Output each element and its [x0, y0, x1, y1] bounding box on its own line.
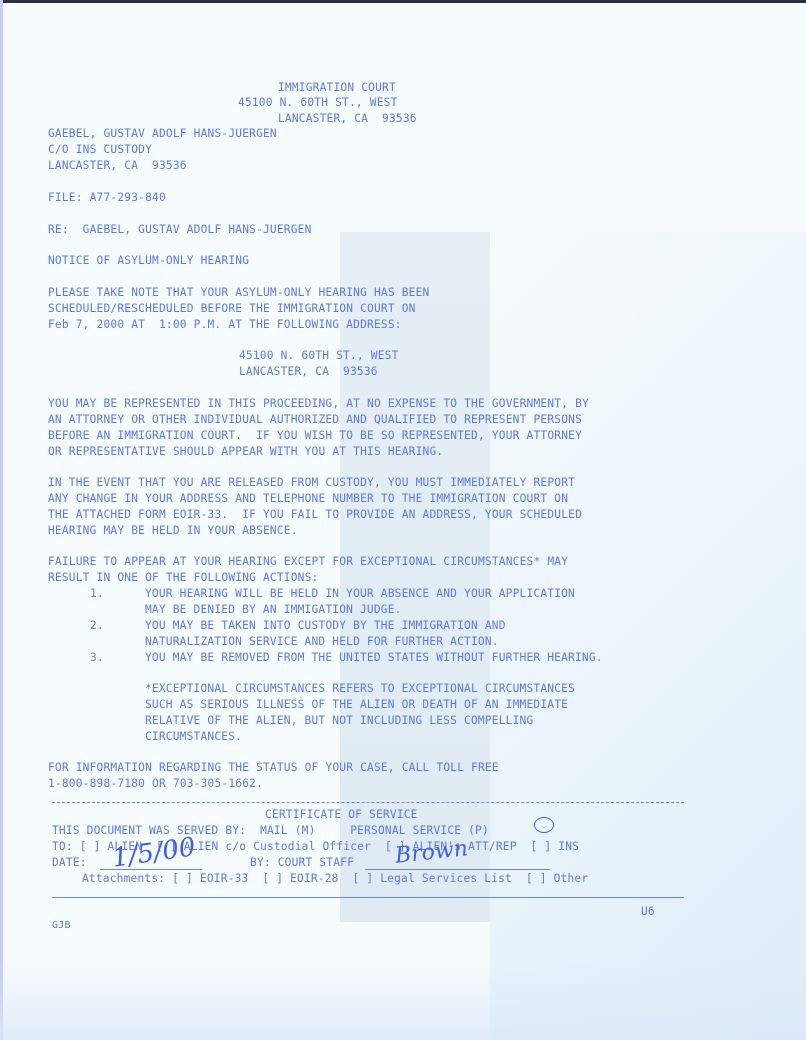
represent-line: OR REPRESENTATIVE SHOULD APPEAR WITH YOU… — [48, 444, 443, 460]
custody-line: HEARING MAY BE HELD IN YOUR ABSENCE. — [48, 523, 298, 539]
action-text: YOU MAY BE TAKEN INTO CUSTODY BY THE IMM… — [145, 618, 506, 634]
re-line: RE: GAEBEL, GUSTAV ADOLF HANS-JUERGEN — [48, 222, 312, 238]
addressee-city: LANCASTER, CA 93536 — [48, 158, 187, 174]
footnote-line: *EXCEPTIONAL CIRCUMSTANCES REFERS TO EXC… — [145, 681, 575, 697]
file-number: FILE: A77-293-840 — [48, 190, 166, 206]
certificate-bottom-rule — [52, 897, 684, 899]
certificate-date-label: DATE: — [52, 855, 87, 871]
action-text: YOUR HEARING WILL BE HELD IN YOUR ABSENC… — [145, 586, 575, 602]
certificate-attachments: Attachments: [ ] EOIR-33 [ ] EOIR-28 [ ]… — [82, 871, 588, 887]
certificate-served-by: THIS DOCUMENT WAS SERVED BY: MAIL (M) PE… — [52, 823, 489, 839]
scan-top-edge — [0, 0, 806, 3]
scan-bottom-shading — [0, 960, 806, 1040]
custody-line: IN THE EVENT THAT YOU ARE RELEASED FROM … — [48, 475, 575, 491]
notice-line: SCHEDULED/RESCHEDULED BEFORE THE IMMIGRA… — [48, 301, 416, 317]
notice-line: PLEASE TAKE NOTE THAT YOUR ASYLUM-ONLY H… — [48, 285, 429, 301]
custody-line: ANY CHANGE IN YOUR ADDRESS AND TELEPHONE… — [48, 491, 568, 507]
addressee-care-of: C/O INS CUSTODY — [48, 142, 152, 158]
initials: GJB — [52, 918, 71, 934]
info-line: FOR INFORMATION REGARDING THE STATUS OF … — [48, 760, 499, 776]
page-code: U6 — [641, 904, 655, 920]
certificate-by-label: BY: COURT STAFF — [250, 855, 354, 871]
action-text: YOU MAY BE REMOVED FROM THE UNITED STATE… — [145, 650, 603, 666]
failure-line: RESULT IN ONE OF THE FOLLOWING ACTIONS: — [48, 570, 318, 586]
represent-line: AN ATTORNEY OR OTHER INDIVIDUAL AUTHORIZ… — [48, 412, 582, 428]
action-text: MAY BE DENIED BY AN IMMIGATION JUDGE. — [145, 602, 402, 618]
scan-left-edge — [0, 0, 3, 1040]
failure-line: FAILURE TO APPEAR AT YOUR HEARING EXCEPT… — [48, 554, 568, 570]
represent-line: BEFORE AN IMMIGRATION COURT. IF YOU WISH… — [48, 428, 582, 444]
certificate-title: CERTIFICATE OF SERVICE — [265, 807, 418, 823]
court-street: 45100 N. 60TH ST., WEST — [238, 95, 398, 111]
court-city: LANCASTER, CA 93536 — [278, 111, 417, 127]
hearing-address-city: LANCASTER, CA 93536 — [239, 364, 378, 380]
hearing-address-street: 45100 N. 60TH ST., WEST — [239, 348, 399, 364]
footnote-line: RELATIVE OF THE ALIEN, BUT NOT INCLUDING… — [145, 713, 533, 729]
represent-line: YOU MAY BE REPRESENTED IN THIS PROCEEDIN… — [48, 396, 589, 412]
action-number: 3. — [90, 650, 104, 666]
personal-service-circle-mark — [534, 817, 554, 833]
action-number: 1. — [90, 586, 104, 602]
action-number: 2. — [90, 618, 104, 634]
action-text: NATURALIZATION SERVICE AND HELD FOR FURT… — [145, 634, 499, 650]
notice-line: Feb 7, 2000 AT 1:00 P.M. AT THE FOLLOWIN… — [48, 317, 402, 333]
certificate-top-rule — [52, 802, 684, 804]
custody-line: THE ATTACHED FORM EOIR-33. IF YOU FAIL T… — [48, 507, 582, 523]
footnote-line: CIRCUMSTANCES. — [145, 729, 242, 745]
info-phone: 1-800-898-7180 OR 703-305-1662. — [48, 776, 263, 792]
footnote-line: SUCH AS SERIOUS ILLNESS OF THE ALIEN OR … — [145, 697, 568, 713]
addressee-name: GAEBEL, GUSTAV ADOLF HANS-JUERGEN — [48, 126, 277, 142]
court-name: IMMIGRATION COURT — [278, 80, 396, 96]
notice-title: NOTICE OF ASYLUM-ONLY HEARING — [48, 253, 249, 269]
